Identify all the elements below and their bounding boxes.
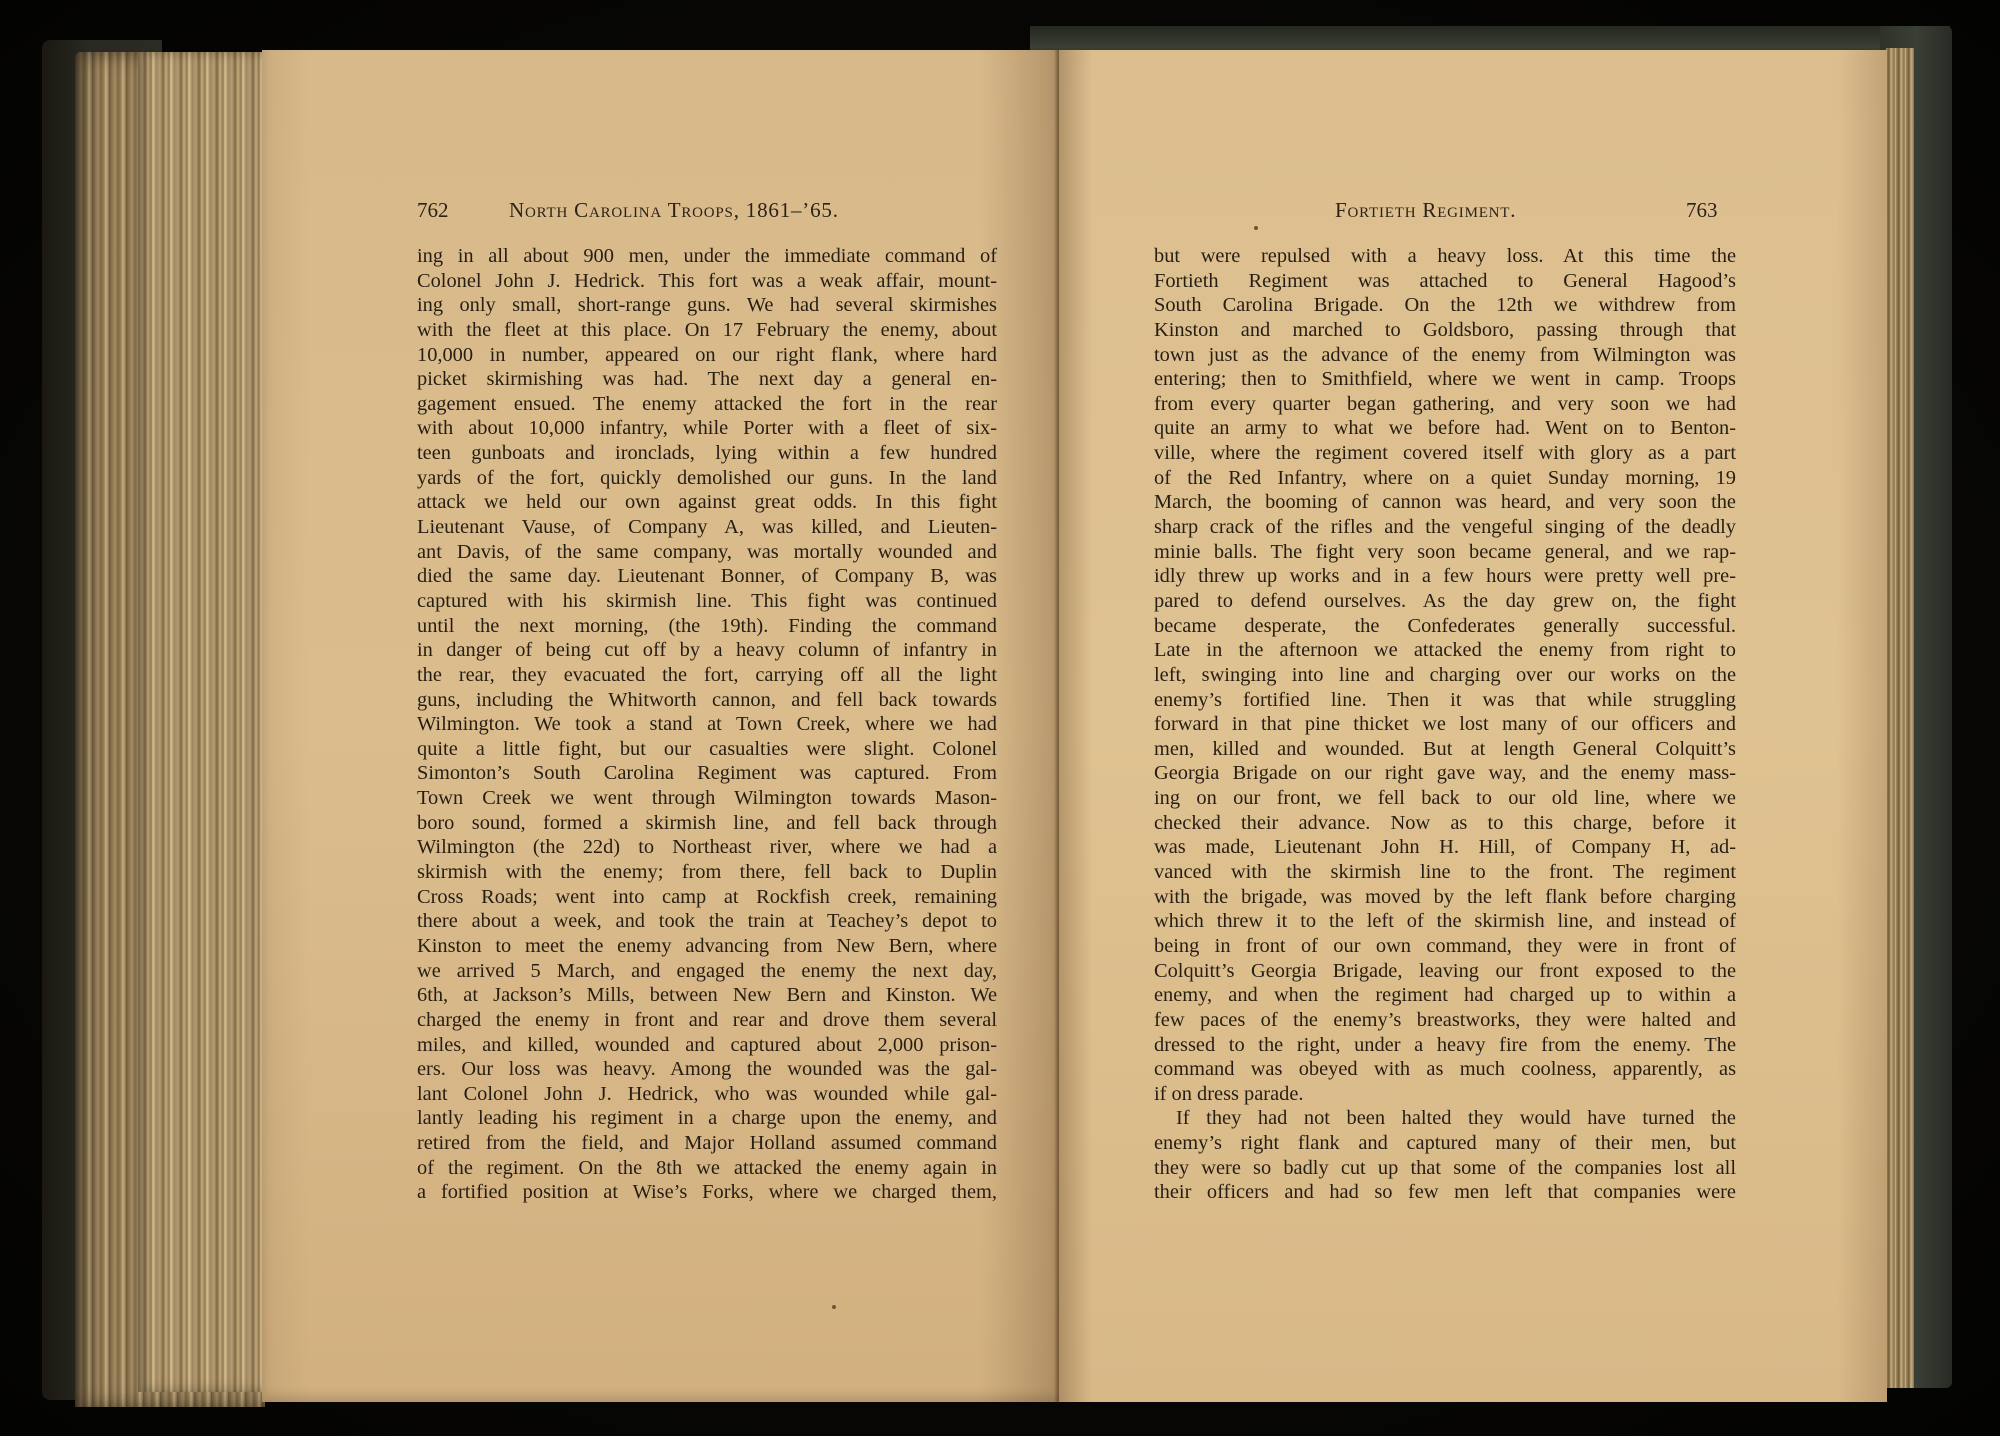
text-line: ing on our front, we fell back to our ol… (1154, 786, 1736, 811)
text-line: If they had not been halted they would h… (1154, 1106, 1736, 1131)
text-line: Wilmington. We took a stand at Town Cree… (417, 712, 997, 737)
text-line: entering; then to Smithfield, where we w… (1154, 367, 1736, 392)
text-line: left, swinging into line and charging ov… (1154, 663, 1736, 688)
running-head-left: North Carolina Troops, 1861–’65. (509, 198, 839, 223)
text-line: 6th, at Jackson’s Mills, between New Ber… (417, 983, 997, 1008)
text-line: forward in that pine thicket we lost man… (1154, 712, 1736, 737)
text-line: quite an army to what we before had. Wen… (1154, 416, 1736, 441)
text-line: of the regiment. On the 8th we attacked … (417, 1156, 997, 1181)
text-line: guns, including the Whitworth cannon, an… (417, 688, 997, 713)
text-line: Late in the afternoon we attacked the en… (1154, 638, 1736, 663)
text-line: Simonton’s South Carolina Regiment was c… (417, 761, 997, 786)
text-line: vanced with the skirmish line to the fro… (1154, 860, 1736, 885)
text-line: few paces of the enemy’s breastworks, th… (1154, 1008, 1736, 1033)
left-page: 762 North Carolina Troops, 1861–’65. ing… (262, 50, 1059, 1402)
text-line: the rear, they evacuated the fort, carry… (417, 663, 997, 688)
page-edges-right (1886, 48, 1914, 1388)
text-line: enemy, and when the regiment had charged… (1154, 983, 1736, 1008)
text-line: captured with his skirmish line. This fi… (417, 589, 997, 614)
text-line: ville, where the regiment covered itself… (1154, 441, 1736, 466)
text-line: skirmish with the enemy; from there, fel… (417, 860, 997, 885)
text-line: if on dress parade. (1154, 1082, 1736, 1107)
text-line: picket skirmishing was had. The next day… (417, 367, 997, 392)
text-line: Kinston and marched to Goldsboro, passin… (1154, 318, 1736, 343)
text-line: pared to defend ourselves. As the day gr… (1154, 589, 1736, 614)
text-line: with the brigade, was moved by the left … (1154, 885, 1736, 910)
text-line: enemy’s right flank and captured many of… (1154, 1131, 1736, 1156)
text-line: 10,000 in number, appeared on our right … (417, 343, 997, 368)
running-head-right: Fortieth Regiment. (1335, 198, 1516, 223)
text-line: ant Davis, of the same company, was mort… (417, 540, 997, 565)
text-line: Wilmington (the 22d) to Northeast river,… (417, 835, 997, 860)
text-line: South Carolina Brigade. On the 12th we w… (1154, 293, 1736, 318)
text-line: Colquitt’s Georgia Brigade, leaving our … (1154, 959, 1736, 984)
book-photo-scene: 762 North Carolina Troops, 1861–’65. ing… (0, 0, 2000, 1436)
text-line: Colonel John J. Hedrick. This fort was a… (417, 269, 997, 294)
text-line: sharp crack of the rifles and the vengef… (1154, 515, 1736, 540)
text-line: ing in all about 900 men, under the imme… (417, 244, 997, 269)
text-line: gagement ensued. The enemy attacked the … (417, 392, 997, 417)
text-line: attack we held our own against great odd… (417, 490, 997, 515)
text-line: Town Creek we went through Wilmington to… (417, 786, 997, 811)
text-line: command was obeyed with as much coolness… (1154, 1057, 1736, 1082)
text-line: idly threw up works and in a few hours w… (1154, 564, 1736, 589)
text-line: yards of the fort, quickly demolished ou… (417, 466, 997, 491)
text-line: Lieutenant Vause, of Company A, was kill… (417, 515, 997, 540)
text-line: quite a little fight, but our casualties… (417, 737, 997, 762)
page-edges-left (138, 52, 266, 1392)
text-line: Fortieth Regiment was attached to Genera… (1154, 269, 1736, 294)
text-line: of the Red Infantry, where on a quiet Su… (1154, 466, 1736, 491)
text-line: they were so badly cut up that some of t… (1154, 1156, 1736, 1181)
text-line: from every quarter began gathering, and … (1154, 392, 1736, 417)
text-line: ers. Our loss was heavy. Among the wound… (417, 1057, 997, 1082)
paper-speck (1254, 226, 1258, 230)
right-page: Fortieth Regiment. 763 but were repulsed… (1059, 50, 1887, 1402)
body-text-left: ing in all about 900 men, under the imme… (417, 244, 997, 1205)
text-line: boro sound, formed a skirmish line, and … (417, 811, 997, 836)
text-line: minie balls. The fight very soon became … (1154, 540, 1736, 565)
paper-speck (832, 1305, 836, 1309)
text-line: Cross Roads; went into camp at Rockfish … (417, 885, 997, 910)
text-line: died the same day. Lieutenant Bonner, of… (417, 564, 997, 589)
text-line: ing only small, short-range guns. We had… (417, 293, 997, 318)
body-text-right: but were repulsed with a heavy loss. At … (1154, 244, 1736, 1205)
text-line: Georgia Brigade on our right gave way, a… (1154, 761, 1736, 786)
text-line: men, killed and wounded. But at length G… (1154, 737, 1736, 762)
page-number-left: 762 (417, 198, 449, 223)
text-line: March, the booming of cannon was heard, … (1154, 490, 1736, 515)
text-line: in danger of being cut off by a heavy co… (417, 638, 997, 663)
text-line: miles, and killed, wounded and captured … (417, 1033, 997, 1058)
text-line: with about 10,000 infantry, while Porter… (417, 416, 997, 441)
text-line: a fortified position at Wise’s Forks, wh… (417, 1180, 997, 1205)
text-line: was made, Lieutenant John H. Hill, of Co… (1154, 835, 1736, 860)
text-line: lantly leading his regiment in a charge … (417, 1106, 997, 1131)
page-number-right: 763 (1686, 198, 1718, 223)
text-line: their officers and had so few men left t… (1154, 1180, 1736, 1205)
text-line: enemy’s fortified line. Then it was that… (1154, 688, 1736, 713)
text-line: town just as the advance of the enemy fr… (1154, 343, 1736, 368)
text-line: there about a week, and took the train a… (417, 909, 997, 934)
text-line: retired from the field, and Major Hollan… (417, 1131, 997, 1156)
text-line: with the fleet at this place. On 17 Febr… (417, 318, 997, 343)
text-line: became desperate, the Confederates gener… (1154, 614, 1736, 639)
text-line: we arrived 5 March, and engaged the enem… (417, 959, 997, 984)
text-line: lant Colonel John J. Hedrick, who was wo… (417, 1082, 997, 1107)
text-line: Kinston to meet the enemy advancing from… (417, 934, 997, 959)
text-line: being in front of our own command, they … (1154, 934, 1736, 959)
text-line: which threw it to the left of the skirmi… (1154, 909, 1736, 934)
text-line: teen gunboats and ironclads, lying withi… (417, 441, 997, 466)
text-line: but were repulsed with a heavy loss. At … (1154, 244, 1736, 269)
text-line: charged the enemy in front and rear and … (417, 1008, 997, 1033)
text-line: until the next morning, (the 19th). Find… (417, 614, 997, 639)
text-line: checked their advance. Now as to this ch… (1154, 811, 1736, 836)
text-line: dressed to the right, under a heavy fire… (1154, 1033, 1736, 1058)
